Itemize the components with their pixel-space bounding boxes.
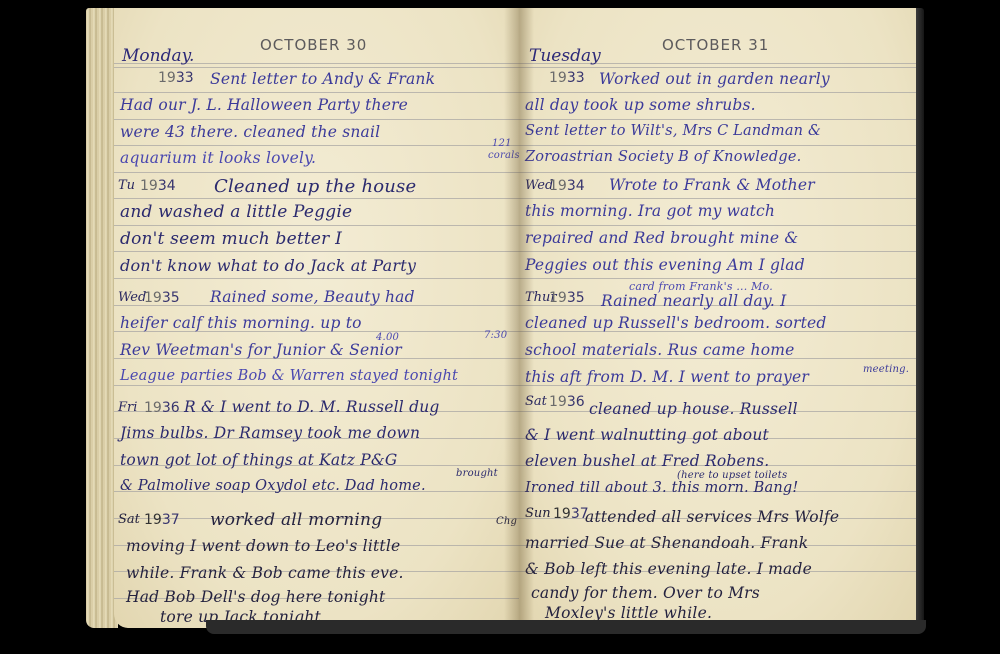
date-heading: OCTOBER 30 [260, 36, 367, 54]
right-page: OCTOBER 31 Tuesday 1933 Worked out in ga… [519, 8, 919, 628]
entry-line: school materials. Rus came home [525, 341, 795, 359]
entry-line: Rev Weetman's for Junior & Senior [120, 341, 402, 359]
entry-line: attended all services Mrs Wolfe [585, 508, 839, 526]
entry-line: Worked out in garden nearly [599, 70, 830, 88]
weekday-note: Monday. [122, 46, 194, 66]
entry-line: eleven bushel at Fred Robens. [525, 452, 769, 470]
entry-line: Sent letter to Andy & Frank [210, 70, 435, 88]
entry-line: & Bob left this evening late. I made [525, 560, 812, 578]
entry-line: Zoroastrian Society B of Knowledge. [525, 149, 801, 165]
day-abbr: Wed [118, 290, 146, 305]
entry-line: aquarium it looks lovely. [120, 149, 316, 167]
annotation: 121 [492, 138, 512, 149]
entry-line: candy for them. Over to Mrs [531, 584, 760, 602]
entry-line: don't seem much better I [120, 229, 342, 249]
annotation: Chg [496, 516, 517, 527]
day-abbr: Fri [118, 400, 137, 415]
entry-line: cleaned up house. Russell [589, 400, 798, 418]
entry-line: League parties Bob & Warren stayed tonig… [120, 368, 458, 384]
annotation: brought [456, 468, 498, 479]
diary-book: OCTOBER 30 Monday. 1933 Sent letter to A… [86, 8, 924, 633]
entry-line: repaired and Red brought mine & [525, 229, 798, 247]
entry-line: Jims bulbs. Dr Ramsey took me down [120, 424, 420, 442]
year-label: 1933 [158, 70, 194, 86]
entry-line: moving I went down to Leo's little [126, 537, 400, 555]
entry-line: Peggies out this evening Am I glad [525, 256, 805, 274]
annotation: 7:30 [484, 330, 507, 341]
year-label: 1934 [140, 178, 176, 194]
annotation: corals [488, 150, 520, 161]
entry-line: this aft from D. M. I went to prayer [525, 368, 809, 386]
entry-line: cleaned up Russell's bedroom. sorted [525, 314, 827, 332]
cover-edge [916, 8, 924, 630]
entry-line: & Palmolive soap Oxydol etc. Dad home. [120, 478, 426, 494]
entry-line: Had our J. L. Halloween Party there [120, 96, 408, 114]
entry-line: married Sue at Shenandoah. Frank [525, 534, 808, 552]
entry-line: this morning. Ira got my watch [525, 202, 775, 220]
weekday-note: Tuesday [529, 46, 601, 66]
entry-line: Sent letter to Wilt's, Mrs C Landman & [525, 123, 821, 139]
date-heading: OCTOBER 31 [662, 36, 769, 54]
year-label: 1935 [549, 290, 585, 306]
year-label: 1937 [553, 506, 589, 522]
annotation: meeting. [863, 364, 909, 375]
entry-line: town got lot of things at Katz P&G [120, 451, 398, 469]
entry-line: Wrote to Frank & Mother [609, 176, 815, 194]
day-abbr: Sat [118, 512, 140, 527]
entry-line: Rained some, Beauty had [210, 288, 415, 306]
entry-line: Ironed till about 3. this morn. Bang! [525, 480, 798, 496]
left-page: OCTOBER 30 Monday. 1933 Sent letter to A… [114, 8, 519, 628]
entry-line: worked all morning [210, 510, 382, 530]
entry-line: heifer calf this morning. up to [120, 314, 362, 332]
entry-line: and washed a little Peggie [120, 202, 352, 222]
cover-bottom [206, 620, 926, 634]
entry-line: R & I went to D. M. Russell dug [184, 398, 440, 416]
entry-line: while. Frank & Bob came this eve. [126, 564, 404, 582]
entry-line: don't know what to do Jack at Party [120, 256, 416, 275]
entry-line: were 43 there. cleaned the snail [120, 123, 380, 141]
year-label: 1933 [549, 70, 585, 86]
day-abbr: Sun [525, 506, 551, 521]
annotation: 4.00 [376, 332, 399, 343]
day-abbr: Tu [118, 178, 135, 193]
entry-line: & I went walnutting got about [525, 426, 769, 444]
year-label: 1936 [144, 400, 180, 416]
year-label: 1935 [144, 290, 180, 306]
entry-line: Cleaned up the house [214, 176, 416, 197]
entry-line: all day took up some shrubs. [525, 96, 756, 114]
year-label: 1937 [144, 512, 180, 528]
entry-line: Had Bob Dell's dog here tonight [126, 588, 385, 606]
year-label: 1934 [549, 178, 585, 194]
entry-line: Rained nearly all day. I [601, 292, 786, 310]
year-label: 1936 [549, 394, 585, 410]
day-abbr: Sat [525, 394, 547, 409]
